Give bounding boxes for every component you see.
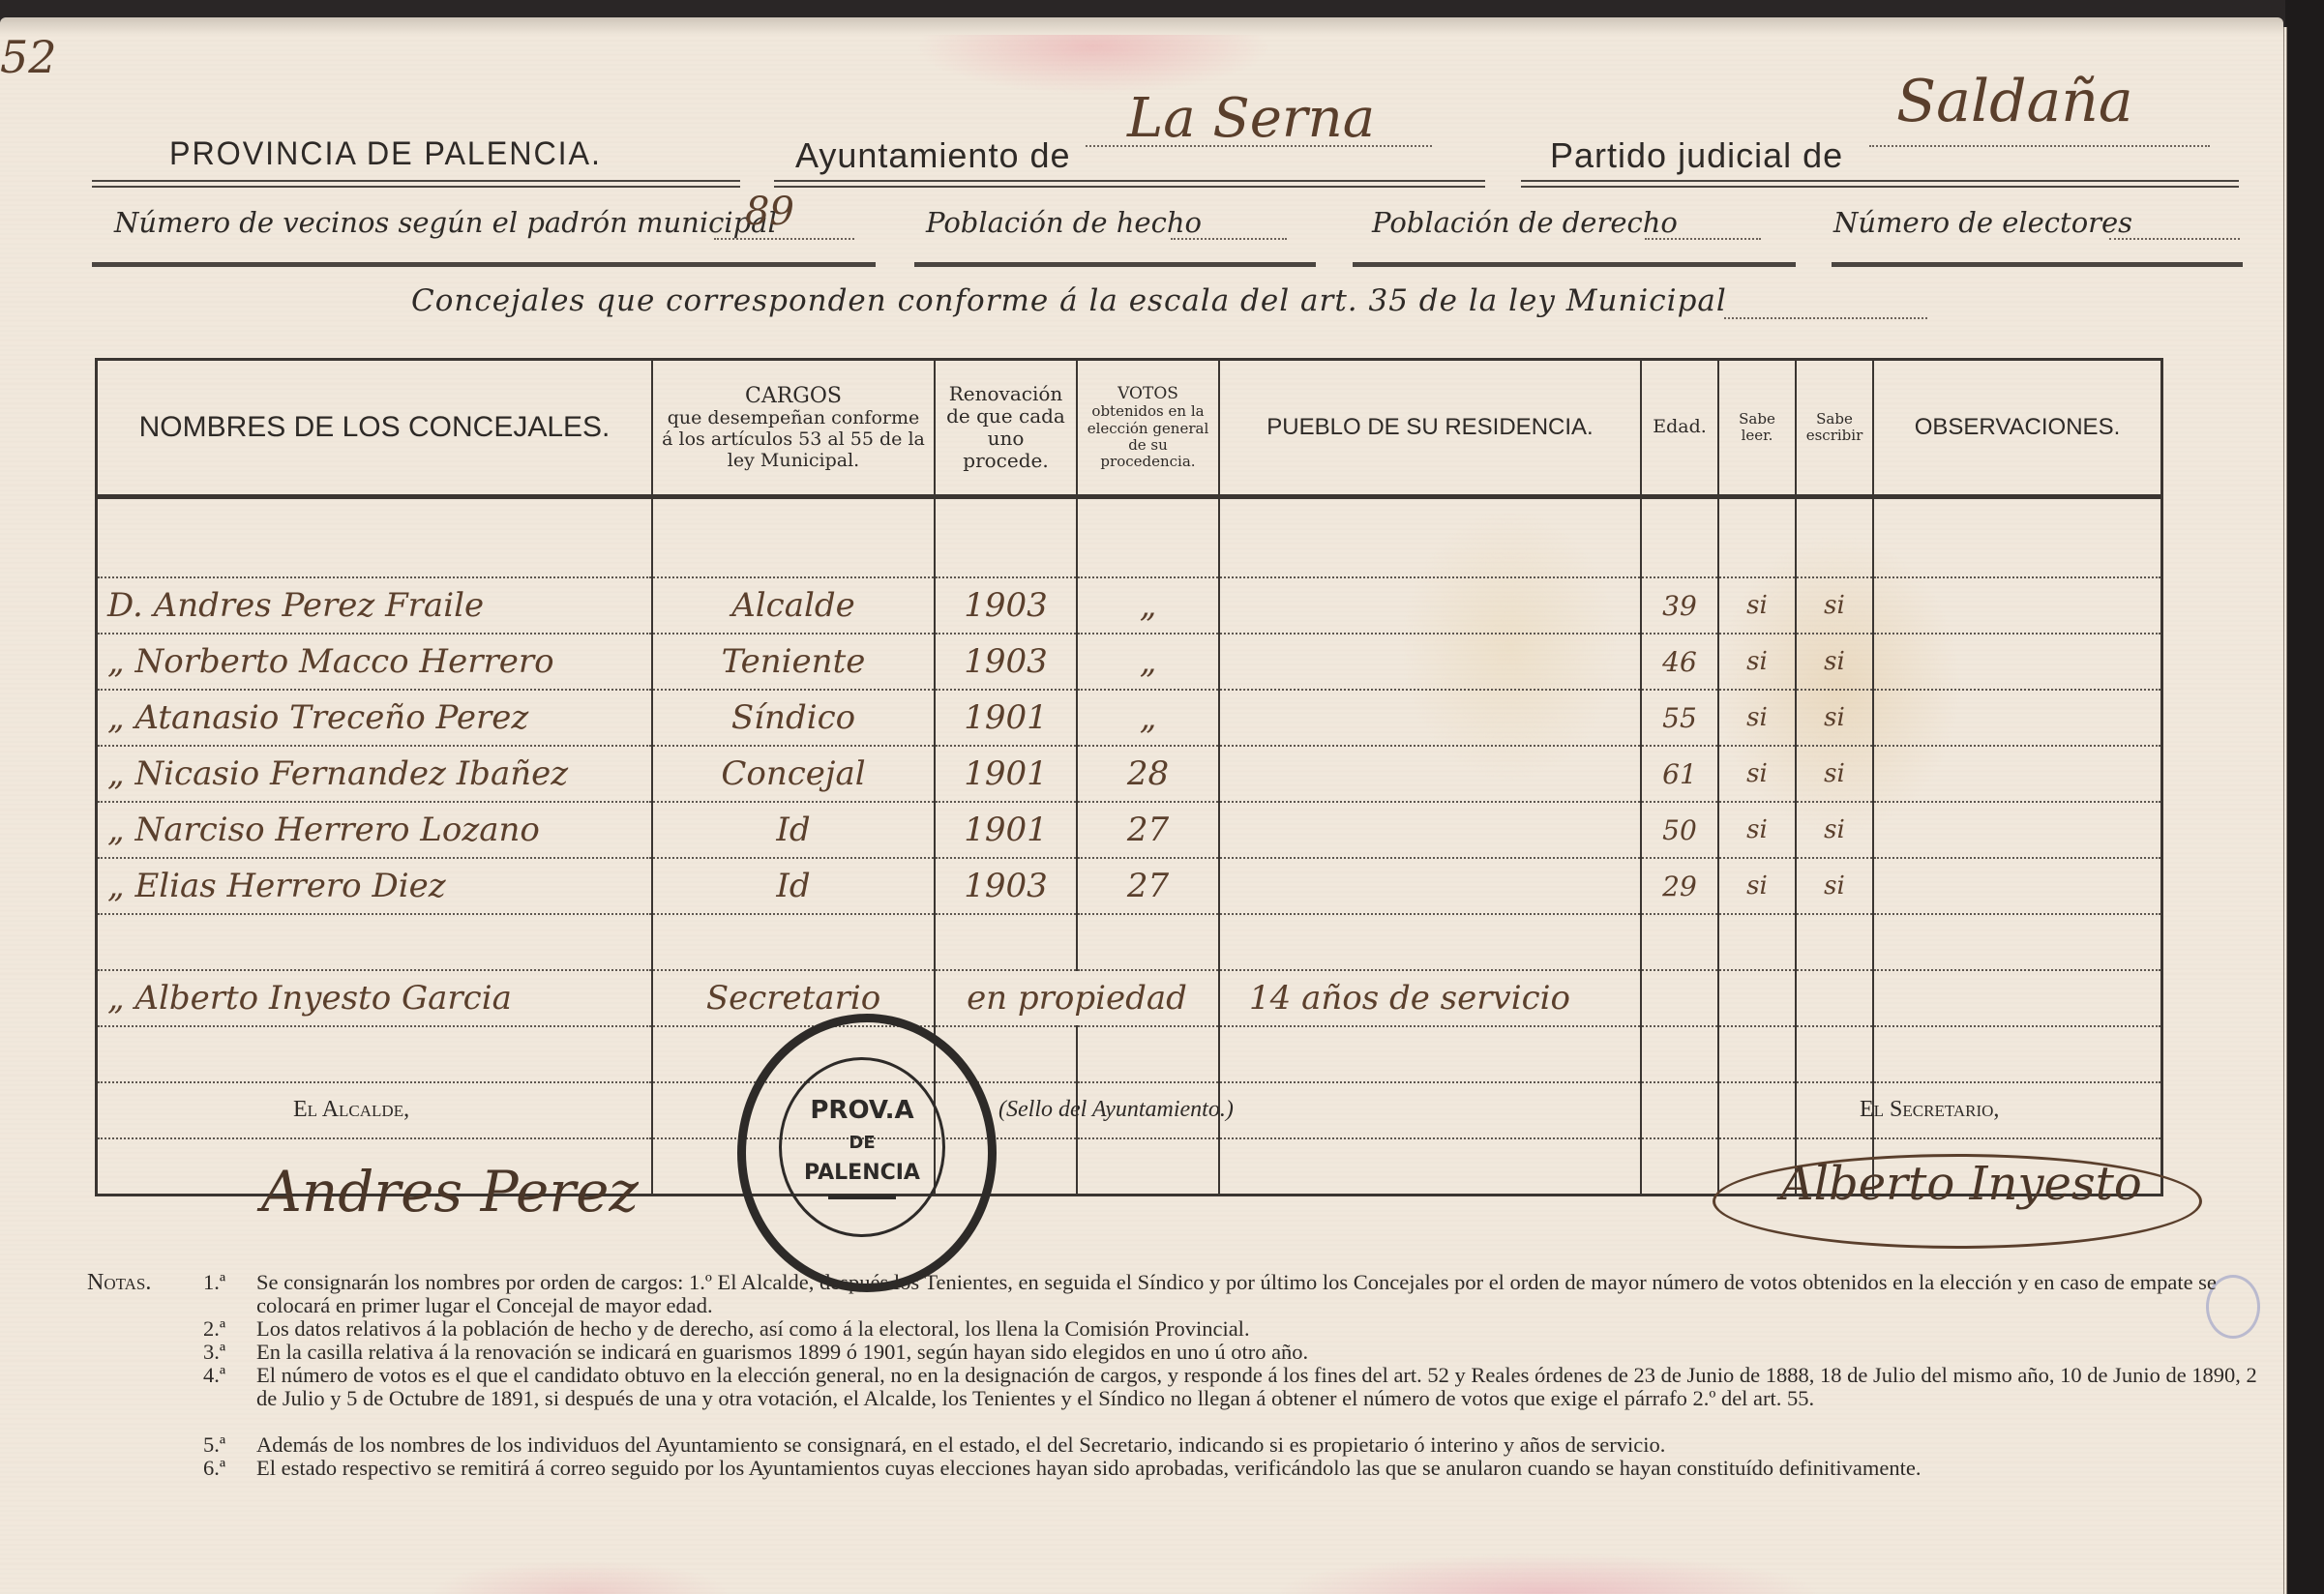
observaciones	[1873, 634, 2162, 690]
partido-judicial-rule	[1521, 180, 2239, 188]
col-votos: VOTOSobtenidos en la elección general de…	[1077, 360, 1219, 497]
poblacion-hecho-dots	[1171, 211, 1287, 240]
note-text: Los datos relativos á la población de he…	[256, 1317, 2288, 1341]
concejales-table: NOMBRES DE LOS CONCEJALES. CARGOSque des…	[95, 358, 2163, 1196]
vecinos-label: Número de vecinos según el padrón munici…	[114, 206, 777, 239]
col-nombres: NOMBRES DE LOS CONCEJALES.	[97, 360, 653, 497]
secretario-label: El Secretario,	[1860, 1097, 1999, 1123]
pueblo	[1219, 634, 1641, 690]
edad: 61	[1641, 746, 1718, 802]
votos: „	[1077, 577, 1219, 634]
pueblo	[1219, 577, 1641, 634]
alcalde-signature: Andres Perez	[261, 1159, 639, 1225]
table-header-row: NOMBRES DE LOS CONCEJALES. CARGOSque des…	[97, 360, 2162, 497]
votos: „	[1077, 634, 1219, 690]
pueblo	[1219, 802, 1641, 858]
note-text: Además de los nombres de los individuos …	[256, 1433, 2288, 1457]
sabe-escribir: si	[1796, 690, 1873, 746]
book-spine	[2285, 0, 2324, 1594]
sabe-leer: si	[1718, 802, 1796, 858]
col-pueblo: PUEBLO DE SU RESIDENCIA.	[1219, 360, 1641, 497]
sabe-escribir: si	[1796, 746, 1873, 802]
sabe-leer: si	[1718, 690, 1796, 746]
table-row: D. Andres Perez Fraile Alcalde 1903 „ 39…	[97, 577, 2162, 634]
nombre: Nicasio Fernandez Ibañez	[134, 754, 568, 793]
edad: 39	[1641, 577, 1718, 634]
poblacion-derecho-rule	[1353, 262, 1796, 267]
observaciones	[1873, 577, 2162, 634]
note-number: 4.ª	[203, 1364, 225, 1387]
observaciones	[1873, 802, 2162, 858]
nombre: Elias Herrero Diez	[134, 867, 445, 905]
col-edad: Edad.	[1641, 360, 1718, 497]
table-row: „ Atanasio Treceño Perez Síndico 1901 „ …	[97, 690, 2162, 746]
cargo: Alcalde	[652, 577, 935, 634]
sabe-escribir: si	[1796, 858, 1873, 914]
note-text: En la casilla relativa á la renovación s…	[256, 1341, 2288, 1364]
sello-label: (Sello del Ayuntamiento.)	[998, 1097, 1234, 1123]
votos: 28	[1077, 746, 1219, 802]
table-row: „ Nicasio Fernandez Ibañez Concejal 1901…	[97, 746, 2162, 802]
note-text: Se consignarán los nombres por orden de …	[256, 1271, 2269, 1317]
alcalde-label: El Alcalde,	[293, 1097, 409, 1123]
sabe-leer: si	[1718, 577, 1796, 634]
note-number: 1.ª	[203, 1271, 225, 1294]
concejales-escala-dots	[1724, 290, 1927, 319]
secretario-signature: Alberto Inyesto	[1780, 1157, 2142, 1211]
col-sabe-leer: Sabe leer.	[1718, 360, 1796, 497]
document-page: 52 PROVINCIA DE PALENCIA. Ayuntamiento d…	[0, 27, 2287, 1594]
vecinos-rule	[92, 262, 876, 267]
renovacion: 1901	[935, 802, 1077, 858]
margin-page-number: 52	[0, 31, 57, 83]
poblacion-derecho-label: Población de derecho	[1372, 206, 1678, 239]
poblacion-hecho-label: Población de hecho	[926, 206, 1202, 239]
seal-inner: PROV.A DE PALENCIA	[779, 1057, 945, 1237]
vecinos-value: 89	[745, 190, 794, 234]
nombre: Narciso Herrero Lozano	[134, 811, 539, 849]
col-renovacion: Renovación de que cada uno procede.	[935, 360, 1077, 497]
cargo: Id	[652, 858, 935, 914]
note-number: 2.ª	[203, 1317, 225, 1341]
province-title: PROVINCIA DE PALENCIA.	[169, 135, 602, 173]
table-row: „ Norberto Macco Herrero Teniente 1903 „…	[97, 634, 2162, 690]
ayuntamiento-value: La Serna	[1127, 87, 1375, 150]
cargo: Síndico	[652, 690, 935, 746]
sabe-escribir: si	[1796, 634, 1873, 690]
note-number: 3.ª	[203, 1341, 225, 1364]
renovacion: 1901	[935, 746, 1077, 802]
table-row: „ Elias Herrero Diez Id 1903 27 29 si si	[97, 858, 2162, 914]
secretary-name: Alberto Inyesto Garcia	[134, 979, 511, 1018]
note-text: El número de votos es el que el candidat…	[256, 1364, 2269, 1410]
electores-label: Número de electores	[1833, 206, 2132, 239]
nombre: Andres Perez Fraile	[154, 586, 484, 625]
poblacion-derecho-dots	[1645, 211, 1761, 240]
col-observaciones: OBSERVACIONES.	[1873, 360, 2162, 497]
renovacion: 1901	[935, 690, 1077, 746]
ayuntamiento-label: Ayuntamiento de	[795, 135, 1071, 176]
electores-rule	[1832, 262, 2243, 267]
table-row-empty	[97, 1026, 2162, 1082]
col-cargos: CARGOSque desempeñan conforme á los artí…	[652, 360, 935, 497]
pueblo	[1219, 746, 1641, 802]
cargo: Concejal	[652, 746, 935, 802]
renovacion: 1903	[935, 577, 1077, 634]
sabe-leer: si	[1718, 634, 1796, 690]
secretary-tipo: en propiedad	[935, 970, 1219, 1026]
sabe-leer: si	[1718, 858, 1796, 914]
pueblo	[1219, 690, 1641, 746]
edad: 46	[1641, 634, 1718, 690]
note-number: 6.ª	[203, 1457, 225, 1480]
votos: 27	[1077, 858, 1219, 914]
ayuntamiento-rule	[774, 180, 1485, 188]
sabe-escribir: si	[1796, 577, 1873, 634]
nombre: Norberto Macco Herrero	[134, 642, 553, 681]
edad: 29	[1641, 858, 1718, 914]
votos: „	[1077, 690, 1219, 746]
secretary-servicio: 14 años de servicio	[1219, 970, 1641, 1026]
electores-dots	[2109, 211, 2240, 240]
edad: 50	[1641, 802, 1718, 858]
poblacion-hecho-rule	[914, 262, 1316, 267]
province-rule	[92, 180, 740, 188]
notes-title: Notas.	[87, 1271, 151, 1294]
observaciones	[1873, 858, 2162, 914]
sabe-escribir: si	[1796, 802, 1873, 858]
observaciones	[1873, 690, 2162, 746]
note-text: El estado respectivo se remitirá á corre…	[256, 1457, 2269, 1480]
cargo: Teniente	[652, 634, 935, 690]
renovacion: 1903	[935, 634, 1077, 690]
municipal-seal-stamp: PROV.A DE PALENCIA	[737, 1014, 997, 1292]
table-row-empty	[97, 497, 2162, 578]
votos: 27	[1077, 802, 1219, 858]
col-sabe-escribir: Sabe escribir	[1796, 360, 1873, 497]
cargo: Id	[652, 802, 935, 858]
pueblo	[1219, 858, 1641, 914]
observaciones	[1873, 746, 2162, 802]
table-row: „ Narciso Herrero Lozano Id 1901 27 50 s…	[97, 802, 2162, 858]
table-row-empty	[97, 914, 2162, 970]
nombre: Atanasio Treceño Perez	[134, 698, 528, 737]
concejales-escala-label: Concejales que corresponden conforme á l…	[411, 283, 1727, 318]
page-top-edge	[0, 17, 2283, 35]
partido-judicial-value: Saldaña	[1896, 68, 2133, 135]
secretary-row: „ Alberto Inyesto Garcia Secretario en p…	[97, 970, 2162, 1026]
partido-judicial-label: Partido judicial de	[1550, 135, 1843, 176]
note-number: 5.ª	[203, 1433, 225, 1457]
edad: 55	[1641, 690, 1718, 746]
sabe-leer: si	[1718, 746, 1796, 802]
renovacion: 1903	[935, 858, 1077, 914]
